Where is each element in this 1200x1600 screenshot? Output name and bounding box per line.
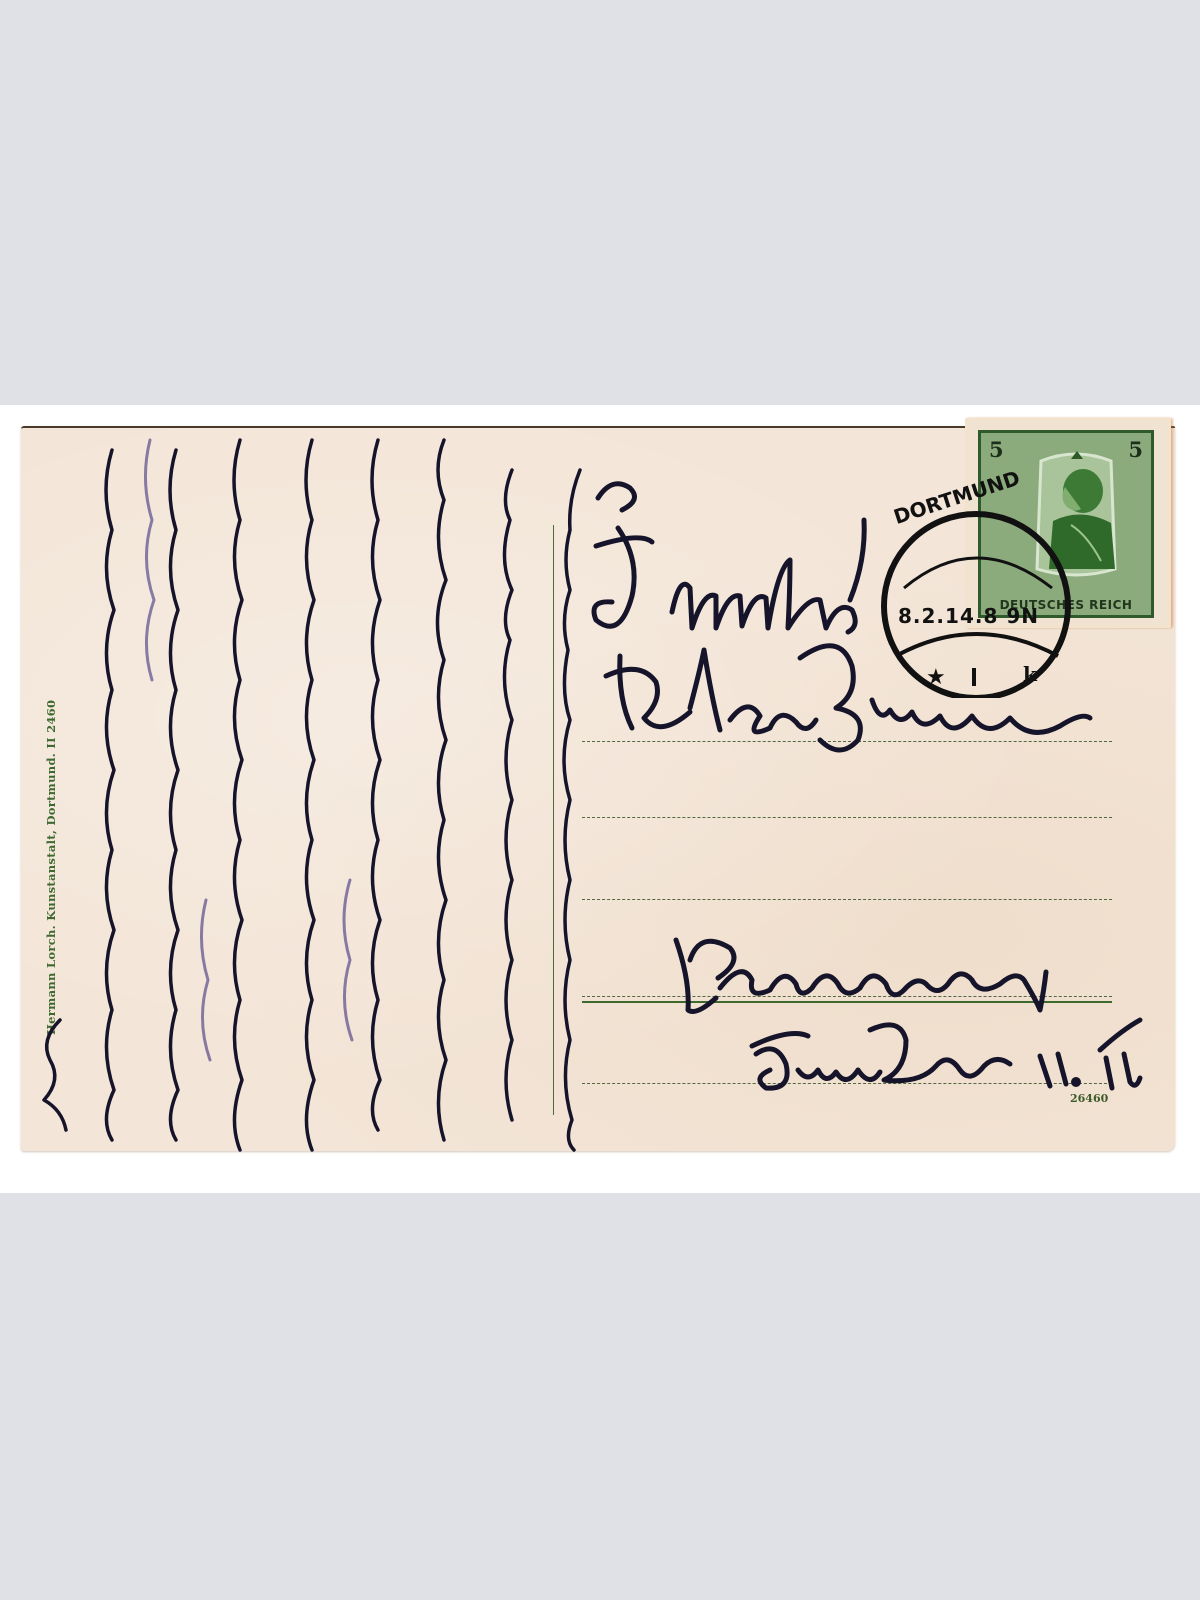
handwriting-ink (0, 0, 1200, 1600)
